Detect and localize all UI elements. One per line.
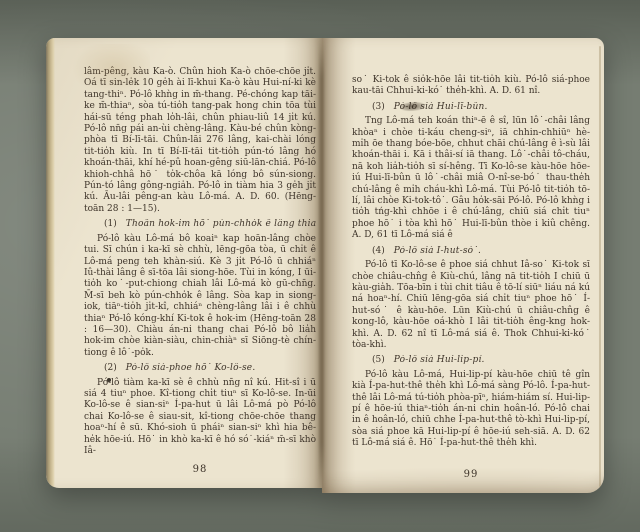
- paragraph-continuation: so˙ Ki-tok ê sio̍k-hōe lâi tit-tio̍h kiù…: [352, 75, 590, 98]
- page-stack-edge: [46, 38, 55, 488]
- section-title: Pó-lô siá Hui-lī-bûn.: [394, 102, 488, 112]
- book-spread: lâm-pêng, kàu Ka-ò. Chûn hioh Ka-ò chōe-…: [46, 38, 604, 493]
- section-number: (1): [104, 219, 117, 229]
- paragraph: Pó-lô tiàm ka-kī sè ê chhù nn̄g nî kú. H…: [84, 378, 316, 458]
- paragraph: Pó-lô kàu Lô-má, Hui-lip-pí kàu-hōe chiū…: [352, 370, 590, 450]
- section-number: (4): [372, 246, 385, 256]
- page-number-right: 99: [352, 469, 590, 480]
- section-heading-3: (3)Pó-lô siá Hui-lī-bûn.: [352, 102, 590, 113]
- section-number: (3): [372, 102, 385, 112]
- paragraph: Pó-lô kàu Lô-má bô koaiⁿ kap hoān-lâng c…: [84, 234, 316, 359]
- section-heading-5: (5)Pó-lô siá Hui-lip-pí.: [352, 355, 590, 366]
- section-number: (5): [372, 355, 385, 365]
- paragraph-continuation: lâm-pêng, kàu Ka-ò. Chûn hioh Ka-ò chōe-…: [84, 67, 316, 215]
- paragraph: Pó-lô tī Ko-lô-se ê phoe siá chhut Iâ-so…: [352, 260, 590, 351]
- section-title: Pó-lô siá Hui-lip-pí.: [394, 355, 485, 365]
- section-title: Pó-lô siá Í-hut-só˙.: [394, 246, 481, 256]
- section-heading-4: (4)Pó-lô siá Í-hut-só˙.: [352, 246, 590, 257]
- section-number: (2): [104, 363, 117, 373]
- page-under-edge: [599, 46, 601, 487]
- section-heading-1: (1)Thoân hok-im hō˙ pún-chho̍k ê lâng th…: [84, 219, 316, 230]
- section-title: Thoân hok-im hō˙ pún-chho̍k ê lâng thiaⁿ…: [126, 219, 316, 229]
- left-page: lâm-pêng, kàu Ka-ò. Chûn hioh Ka-ò chōe-…: [46, 38, 322, 488]
- paragraph: Tng Lô-má teh koán thiⁿ-ē ê sî, lūn lô˙-…: [352, 116, 590, 241]
- section-heading-2: (2)Pó-lô siá-phoe hō˙ Ko-lô-se.: [84, 363, 316, 374]
- page-number-left: 98: [84, 464, 316, 475]
- photo-background: lâm-pêng, kàu Ka-ò. Chûn hioh Ka-ò chōe-…: [0, 0, 640, 532]
- section-title: Pó-lô siá-phoe hō˙ Ko-lô-se.: [126, 363, 256, 373]
- right-page: so˙ Ki-tok ê sio̍k-hōe lâi tit-tio̍h kiù…: [322, 38, 604, 493]
